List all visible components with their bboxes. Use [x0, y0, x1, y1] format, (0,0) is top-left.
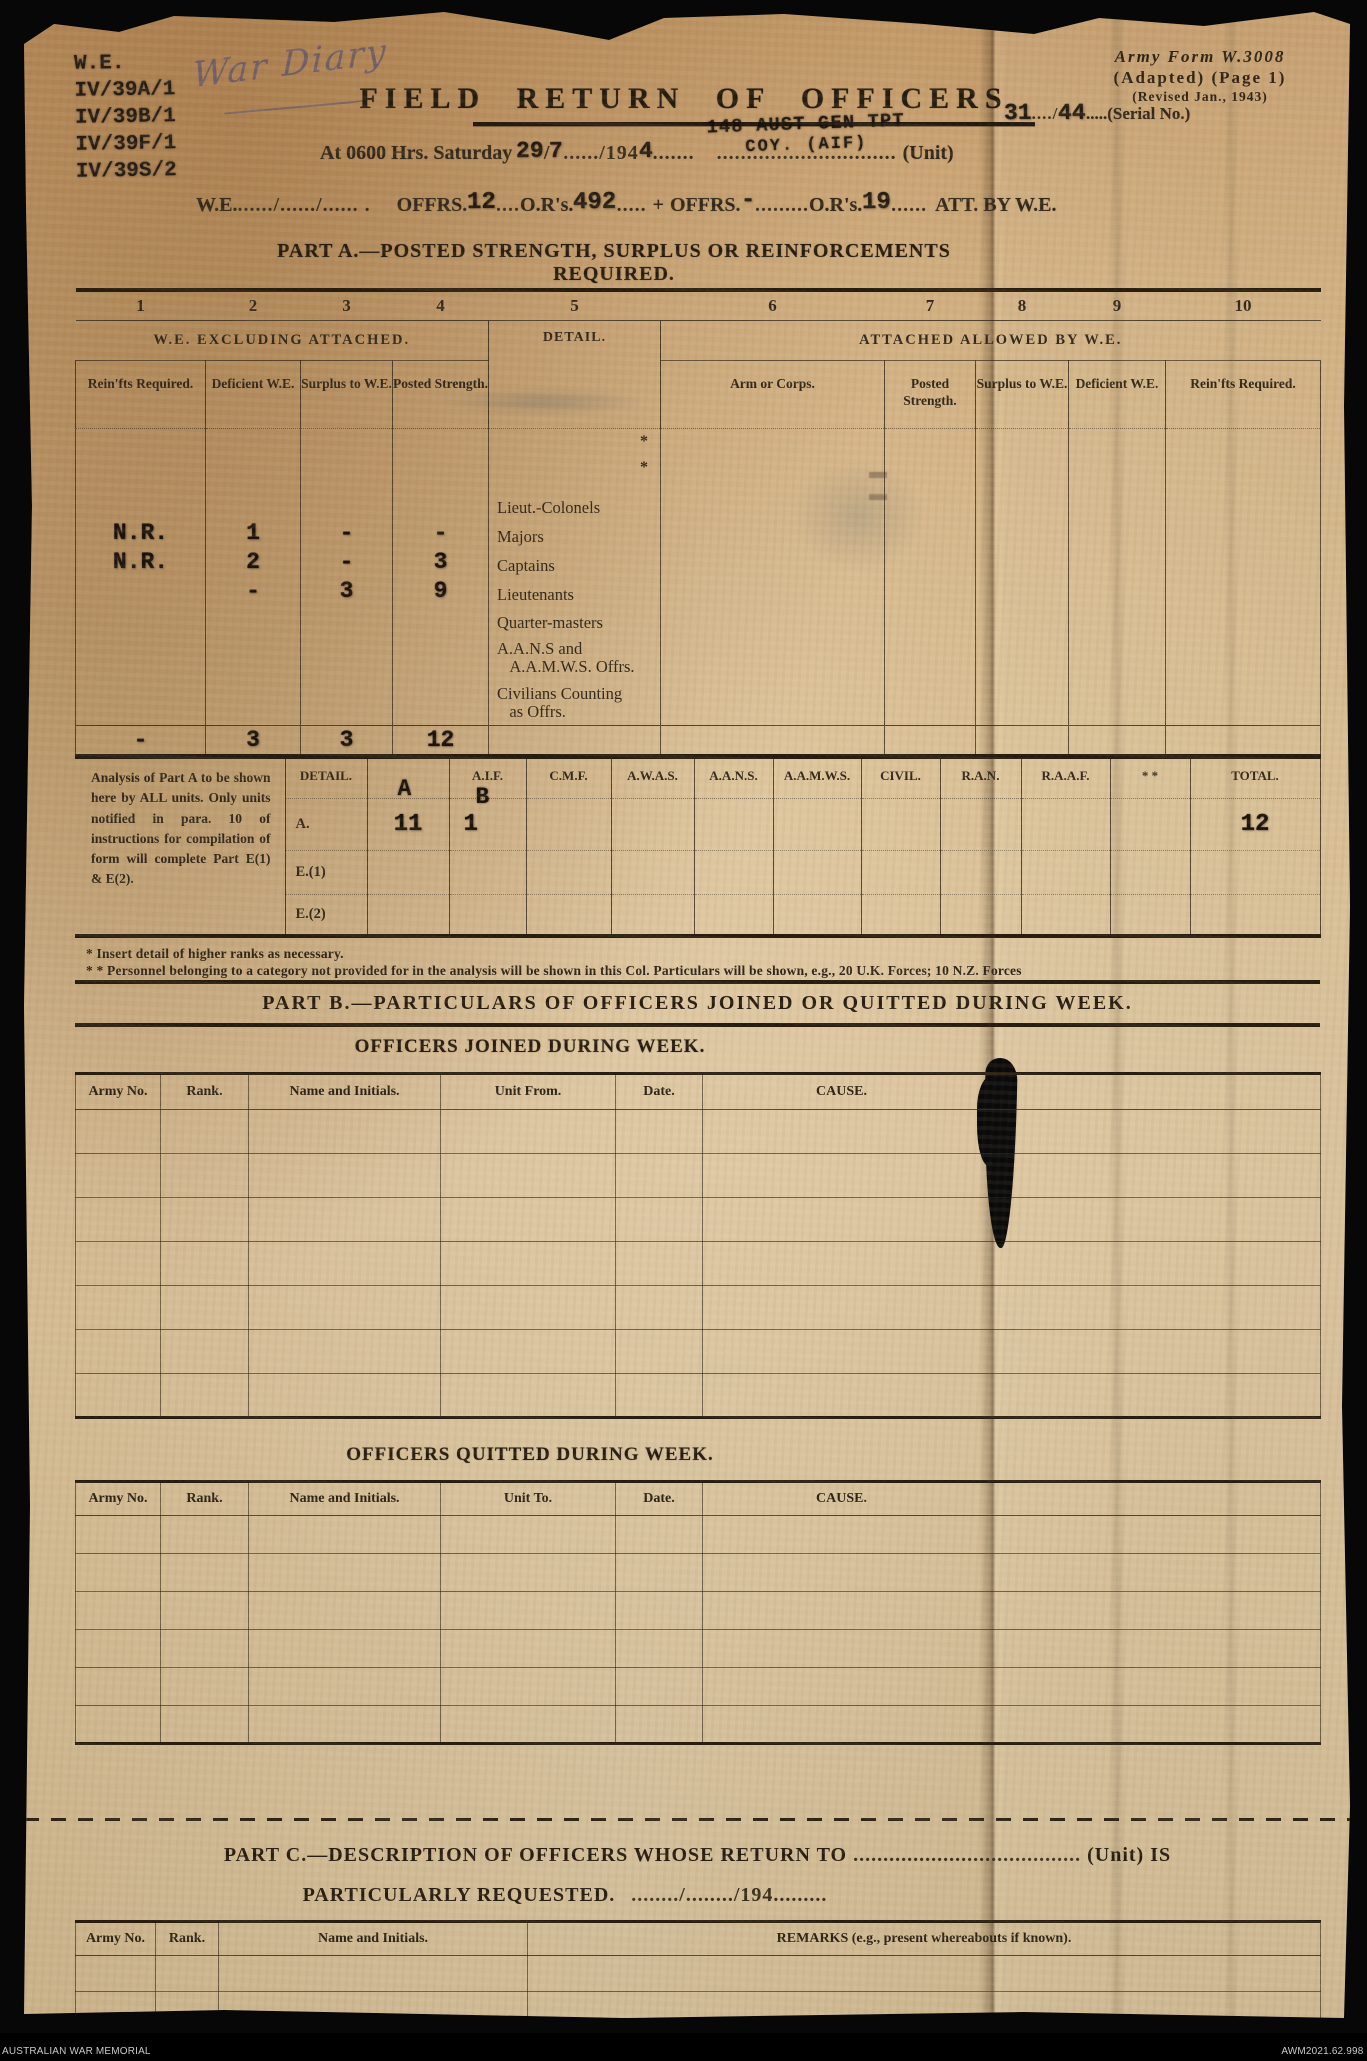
table-row: N.R. 2 - 3 Captains [76, 549, 1321, 578]
part-a-title: PART A.—POSTED STRENGTH, SURPLUS OR REIN… [214, 240, 1014, 286]
table-row: - 3 9 Lieutenants [76, 578, 1321, 607]
group-attached-allowed: ATTACHED ALLOWED BY W.E. [661, 320, 1321, 360]
form-adapted: (Adapted) (Page 1) [1050, 67, 1350, 88]
table-row [76, 1706, 1321, 1744]
table-row [76, 1516, 1321, 1554]
part-c-requested-label: PARTICULARLY REQUESTED. [303, 1884, 616, 1906]
analysis-col-aif: A.I.F. B [449, 756, 526, 798]
footnote-2: * * Personnel belonging to a category no… [86, 963, 1316, 980]
form-number-block: Army Form W.3008 (Adapted) (Page 1) (Rev… [1050, 46, 1350, 105]
we-stamp-line: IV/39F/1 [75, 130, 176, 159]
officers-joined-table: Army No. Rank. Name and Initials. Unit F… [75, 1072, 1321, 1419]
paper: W.E. IV/39A/1 IV/39B/1 IV/39F/1 IV/39S/2… [24, 6, 1350, 2024]
serial-stamp: 44 [1058, 102, 1086, 125]
leader-dots: ..... [617, 194, 647, 217]
cut-line [24, 1818, 1350, 1821]
offrs-label: OFFRS. [397, 194, 468, 217]
archive-id: AWM2021.62.998 [1281, 2045, 1363, 2057]
table-row: Quarter-masters [76, 607, 1321, 635]
time-prefix: At 0600 Hrs. Saturday [320, 142, 512, 165]
officers-quitted-heading: OFFICERS QUITTED DURING WEEK. [75, 1444, 985, 1466]
leader-dots: .... [496, 194, 520, 217]
we-prefix: W.E. [196, 194, 238, 217]
offrs-value-stamp: 12 [467, 191, 496, 215]
part-c-title-unit: (Unit) IS [1087, 1844, 1171, 1866]
we-stamp-line: IV/39S/2 [76, 157, 177, 186]
table-row [76, 1330, 1321, 1374]
table-row [76, 1668, 1321, 1706]
table-row [76, 1286, 1321, 1330]
we-stamp-line: W.E. [74, 49, 175, 78]
table-row: * [76, 428, 1321, 454]
part-b-banner: PART B.—PARTICULARS OF OFFICERS JOINED O… [75, 980, 1320, 1027]
archive-institution: AUSTRALIAN WAR MEMORIAL [2, 2045, 151, 2057]
photograph-backdrop: W.E. IV/39A/1 IV/39B/1 IV/39F/1 IV/39S/2… [0, 0, 1367, 2061]
date-month-stamp: 7 [549, 140, 563, 163]
att-by-we-label: ATT. BY W.E. [935, 194, 1056, 217]
analysis-col-a: A [367, 756, 449, 798]
table-row: N.R. 1 - - Majors [76, 520, 1321, 549]
officers-quitted-table: Army No. Rank. Name and Initials. Unit T… [75, 1480, 1321, 1745]
totals-row: - 3 3 12 [76, 725, 1321, 757]
table-row [76, 1992, 1321, 2025]
table-row [76, 1198, 1321, 1242]
table-row [76, 1374, 1321, 1418]
group-we-excluding-attached: W.E. EXCLUDING ATTACHED. [76, 320, 489, 360]
ors-att-value-stamp: 19 [862, 191, 891, 215]
table-row: * [76, 454, 1321, 480]
leader-dots: ...... [891, 194, 927, 217]
form-number: Army Form W.3008 [1050, 46, 1350, 67]
strength-summary-line: W.E. ....../....../...... . OFFRS. 12 ..… [196, 194, 1056, 218]
part-c-date-dots: ......../......../194......... [631, 1884, 827, 1906]
sub-header-row: Rein'fts Required. Deficient W.E. Surplu… [76, 360, 1321, 428]
ors-label: O.R's. [520, 194, 573, 217]
table-row [76, 1630, 1321, 1668]
part-c-title-text: PART C.—DESCRIPTION OF OFFICERS WHOSE RE… [224, 1844, 847, 1866]
analysis-table: Analysis of Part A to be shown here by A… [75, 754, 1321, 938]
serial-dots: ..../ [1032, 104, 1059, 124]
offrs-att-value-stamp: - [740, 189, 755, 213]
plus-sign: + [653, 194, 664, 217]
table-row: A.A.N.S and A.A.M.W.S. Offrs. [76, 635, 1321, 679]
stamp-a: A [398, 776, 412, 802]
table-row: Lieut.-Colonels [76, 480, 1321, 520]
table-row [76, 1110, 1321, 1154]
ors-att-label: O.R's. [809, 194, 862, 217]
footnote-1: * Insert detail of higher ranks as neces… [86, 946, 1316, 963]
column-number-row: 1 2 3 4 5 6 7 8 9 10 [76, 290, 1321, 320]
we-reference-stamp: W.E. IV/39A/1 IV/39B/1 IV/39F/1 IV/39S/2 [74, 49, 177, 186]
table-row: Civilians Counting as Offrs. [76, 679, 1321, 725]
table-row [76, 1554, 1321, 1592]
analysis-side-note: Analysis of Part A to be shown here by A… [75, 756, 285, 936]
date-dots: ....../194 [563, 142, 639, 165]
detail-column-header: DETAIL. [489, 320, 661, 428]
archive-bar: AUSTRALIAN WAR MEMORIAL AWM2021.62.998 [0, 2033, 1367, 2061]
we-stamp-line: IV/39A/1 [74, 76, 175, 105]
table-row [76, 1956, 1321, 1992]
table-row [76, 1242, 1321, 1286]
part-c-title-dots: ...................................... [853, 1844, 1081, 1866]
officers-joined-heading: OFFICERS JOINED DURING WEEK. [75, 1036, 985, 1058]
part-c-title: PART C.—DESCRIPTION OF OFFICERS WHOSE RE… [75, 1844, 1320, 1867]
ors-value-stamp: 492 [573, 191, 616, 215]
part-a-table: 1 2 3 4 5 6 7 8 9 10 W.E. EXCLUDING ATTA… [75, 288, 1321, 759]
part-c-header-row: Army No. Rank. Name and Initials. REMARK… [76, 1922, 1321, 1956]
offrs-att-label: OFFRS. [670, 194, 741, 217]
stamp-b: B [476, 784, 490, 810]
footnotes: * Insert detail of higher ranks as neces… [86, 946, 1316, 980]
part-c-table: Army No. Rank. Name and Initials. REMARK… [75, 1920, 1321, 2024]
we-dots: ....../....../...... . [238, 194, 371, 217]
we-stamp-line: IV/39B/1 [75, 103, 176, 132]
table-row [76, 1154, 1321, 1198]
leader-dots: ......... [755, 194, 809, 217]
table-row [76, 1592, 1321, 1630]
quitted-header-row: Army No. Rank. Name and Initials. Unit T… [76, 1482, 1321, 1516]
serial-number-line: 31 ..../ 44 .....(Serial No.) [1004, 102, 1190, 125]
analysis-header-row: Analysis of Part A to be shown here by A… [75, 756, 1320, 798]
part-c-title-line2: PARTICULARLY REQUESTED. ......../.......… [75, 1884, 1055, 1907]
group-header-row: W.E. EXCLUDING ATTACHED. DETAIL. ATTACHE… [76, 320, 1321, 360]
serial-label: .....(Serial No.) [1086, 104, 1190, 124]
serial-stamp: 31 [1004, 102, 1032, 125]
date-day-stamp: 29 [516, 140, 544, 163]
joined-header-row: Army No. Rank. Name and Initials. Unit F… [76, 1074, 1321, 1110]
